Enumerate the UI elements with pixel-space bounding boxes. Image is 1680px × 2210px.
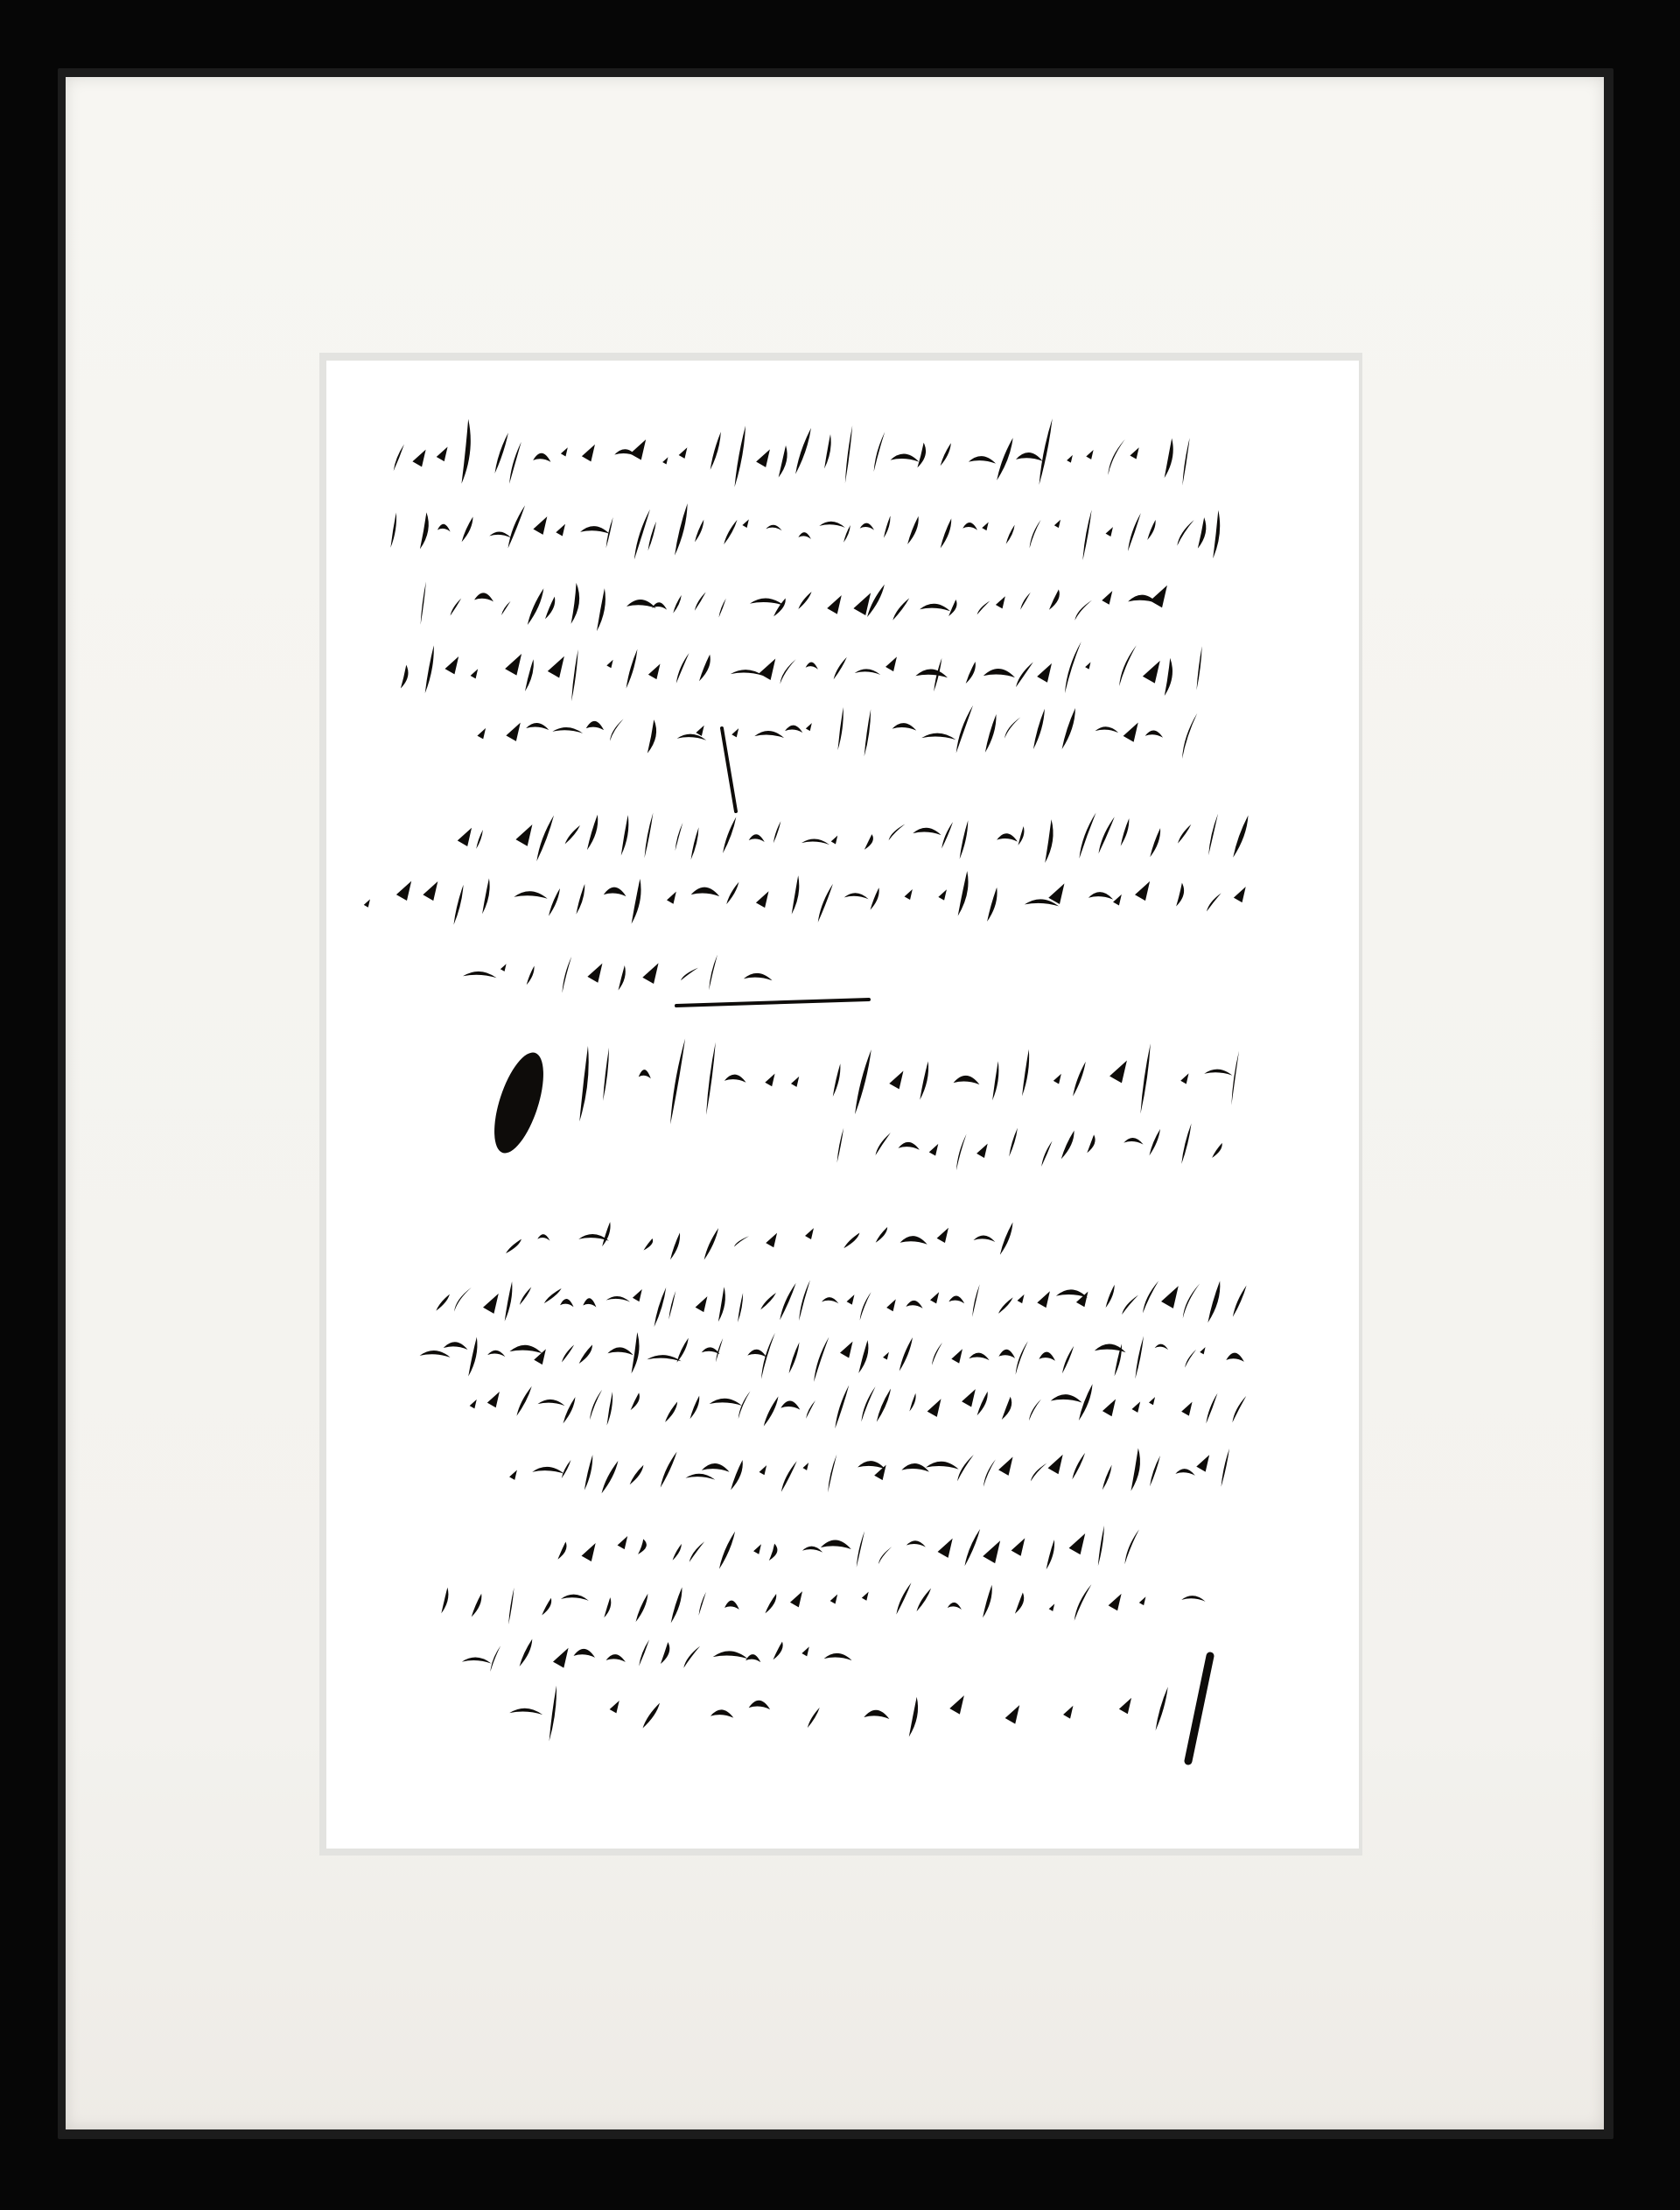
ink-mark	[1106, 527, 1113, 537]
ink-mark	[853, 593, 871, 615]
ink-mark	[1135, 1336, 1144, 1379]
ink-mark	[1232, 1396, 1246, 1422]
ink-mark	[1212, 1143, 1222, 1158]
ink-mark	[1039, 418, 1053, 485]
ink-mark	[941, 518, 952, 548]
ink-mark	[822, 1297, 838, 1303]
ink-mark	[977, 600, 990, 614]
ink-mark	[1029, 1400, 1041, 1421]
ink-mark	[864, 709, 871, 756]
ink-mark	[956, 705, 973, 753]
ink-mark	[1234, 887, 1246, 902]
ink-mark	[639, 1639, 649, 1666]
ink-mark	[1176, 883, 1184, 907]
ink-mark	[1121, 818, 1130, 846]
ink-mark	[696, 726, 703, 736]
ink-mark	[583, 1298, 596, 1307]
ink-mark	[948, 1295, 964, 1303]
ink-mark	[855, 669, 881, 675]
ink-mark	[920, 1062, 928, 1100]
ink-mark	[828, 1455, 836, 1493]
ink-mark	[1098, 817, 1114, 853]
ink-mark	[861, 1386, 875, 1421]
ink-mark	[562, 957, 571, 993]
ink-mark	[844, 893, 869, 899]
ink-mark	[1143, 661, 1160, 684]
picture-frame	[0, 0, 1680, 2210]
ink-mark	[537, 1234, 549, 1241]
ink-mark	[1181, 1596, 1205, 1602]
ink-mark	[458, 828, 472, 846]
ink-mark	[742, 519, 748, 528]
ink-mark	[951, 1349, 962, 1363]
ink-mark	[824, 1653, 852, 1660]
ink-mark	[941, 822, 953, 848]
ink-mark	[1204, 1070, 1232, 1076]
ink-mark	[1098, 1526, 1104, 1566]
ink-mark	[528, 588, 544, 625]
ink-mark	[648, 522, 656, 551]
ink-mark	[590, 1390, 602, 1421]
ink-mark	[670, 1039, 685, 1125]
ink-mark	[930, 1292, 939, 1303]
ink-mark	[451, 599, 462, 616]
ink-mark	[483, 1294, 499, 1314]
ink-mark	[997, 833, 1018, 841]
ink-mark	[1221, 1449, 1229, 1487]
ink-mark	[917, 1589, 932, 1611]
ink-mark	[681, 968, 698, 981]
ink-mark	[917, 443, 926, 468]
ink-mark	[818, 884, 833, 923]
ink-mark	[421, 581, 426, 624]
ink-mark	[1182, 713, 1197, 759]
ink-mark	[587, 964, 602, 983]
ink-mark	[789, 1343, 800, 1374]
ink-mark	[639, 1070, 651, 1078]
ink-mark	[1079, 812, 1095, 858]
ink-mark	[671, 1587, 682, 1623]
ink-mark	[1006, 525, 1015, 544]
ink-mark	[462, 516, 473, 542]
ink-mark	[471, 669, 479, 678]
ink-mark	[997, 438, 1012, 481]
ink-mark	[1180, 1073, 1188, 1084]
ink-mark	[454, 1287, 472, 1312]
ink-mark	[436, 1294, 450, 1311]
ink-mark	[396, 881, 411, 901]
ink-mark	[632, 1332, 640, 1373]
artwork-paper	[326, 361, 1359, 1849]
ink-mark	[938, 1539, 953, 1558]
ink-mark	[604, 1597, 611, 1617]
ink-mark	[702, 1463, 730, 1472]
ink-mark	[905, 889, 913, 900]
ink-mark	[364, 899, 370, 907]
ink-mark	[962, 1389, 976, 1407]
ink-mark	[1079, 1384, 1093, 1421]
ink-mark	[626, 649, 638, 689]
ink-mark	[886, 1299, 896, 1311]
ink-mark	[996, 596, 1005, 608]
ink-mark	[494, 432, 507, 474]
ink-mark	[1196, 1455, 1209, 1471]
ink-mark	[1037, 1291, 1050, 1308]
ink-mark	[753, 1544, 761, 1554]
ink-mark	[1123, 722, 1138, 741]
ink-mark	[1155, 1344, 1169, 1351]
ink-mark	[799, 1280, 810, 1321]
ink-mark	[972, 1284, 980, 1317]
ink-mark	[1039, 1352, 1054, 1361]
ink-mark	[1048, 1455, 1063, 1474]
ink-mark	[463, 972, 497, 978]
ink-mark	[889, 824, 906, 841]
ink-mark	[1004, 717, 1020, 738]
ink-mark	[1062, 708, 1075, 749]
ink-mark	[661, 1452, 677, 1488]
ink-mark	[1161, 1286, 1179, 1308]
ink-mark	[1139, 1596, 1146, 1605]
ink-mark	[1082, 509, 1091, 560]
ink-mark	[843, 1232, 859, 1248]
ink-mark	[515, 824, 532, 846]
ink-mark	[1102, 1465, 1112, 1491]
ink-mark	[798, 532, 811, 539]
ink-mark	[749, 1701, 770, 1709]
ink-mark	[745, 1654, 760, 1662]
ink-mark	[487, 1392, 500, 1407]
ink-mark	[780, 1283, 795, 1320]
ink-mark	[821, 1540, 851, 1549]
ink-mark	[644, 813, 653, 859]
ink-mark	[489, 532, 511, 538]
ink-mark	[1108, 439, 1124, 475]
ink-mark	[1016, 453, 1043, 461]
ink-mark	[390, 512, 396, 547]
ink-mark	[1022, 1049, 1029, 1096]
ink-mark	[889, 1070, 903, 1089]
ink-mark	[633, 1289, 642, 1301]
ink-mark	[860, 523, 874, 530]
ink-mark	[420, 512, 429, 549]
ink-mark	[571, 583, 580, 624]
ink-mark	[1206, 1393, 1217, 1424]
ink-mark	[425, 645, 434, 693]
ink-mark	[582, 1543, 596, 1561]
ink-mark	[710, 1399, 742, 1406]
ink-mark	[985, 714, 997, 753]
ink-mark	[906, 1301, 922, 1308]
ink-mark	[509, 442, 521, 484]
ink-mark	[857, 1531, 864, 1568]
ink-mark	[1181, 1402, 1192, 1416]
ink-mark	[1087, 1134, 1095, 1153]
ink-mark	[1231, 1051, 1239, 1105]
ink-mark	[1106, 1285, 1115, 1308]
ink-mark	[833, 1063, 841, 1097]
ink-mark	[792, 875, 800, 914]
ink-mark	[765, 1074, 774, 1087]
ink-mark	[769, 1544, 778, 1561]
ink-feature-bigstroke	[1188, 1656, 1210, 1761]
ink-mark	[747, 1350, 766, 1358]
ink-mark	[1065, 642, 1081, 693]
ink-mark	[561, 447, 568, 456]
ink-mark	[899, 1337, 913, 1372]
ink-mark	[548, 656, 564, 678]
ink-mark	[1102, 1399, 1116, 1416]
ink-mark	[877, 1389, 891, 1422]
ink-mark	[1119, 1698, 1131, 1714]
ink-mark	[1069, 1533, 1086, 1554]
ink-mark	[962, 523, 977, 530]
ink-mark	[781, 1461, 797, 1491]
ink-mark	[885, 656, 897, 671]
ink-mark	[401, 665, 409, 689]
ink-mark	[819, 522, 844, 528]
ink-mark	[834, 657, 847, 679]
ink-mark	[520, 1639, 533, 1666]
ink-mark	[487, 1351, 505, 1357]
ink-mark	[864, 834, 873, 850]
ink-mark	[676, 653, 689, 684]
ink-mark	[643, 1703, 661, 1729]
calligraphy-marks	[326, 361, 1359, 1849]
ink-mark	[956, 1134, 967, 1171]
ink-mark	[966, 662, 976, 684]
ink-mark	[982, 522, 988, 530]
ink-mark	[731, 670, 764, 676]
ink-mark	[726, 882, 738, 904]
ink-mark	[603, 1048, 609, 1101]
ink-mark	[634, 509, 650, 559]
ink-mark	[698, 1592, 705, 1616]
ink-mark	[827, 595, 842, 614]
ink-mark	[1150, 828, 1160, 857]
ink-mark	[1016, 1341, 1028, 1374]
ink-mark	[1086, 450, 1093, 460]
ink-mark	[719, 1532, 735, 1569]
ink-mark	[731, 1460, 743, 1490]
ink-mark	[1233, 1286, 1247, 1317]
ink-mark	[1147, 520, 1155, 540]
ink-mark	[754, 731, 784, 738]
ink-mark	[506, 1239, 521, 1253]
ink-mark	[1207, 893, 1221, 911]
ink-mark	[1018, 826, 1024, 845]
ink-mark	[998, 1297, 1013, 1314]
ink-mark	[798, 592, 811, 609]
ink-mark	[1124, 1529, 1138, 1564]
ink-mark	[723, 817, 736, 852]
ink-mark	[1123, 1138, 1143, 1145]
ink-mark	[1009, 1128, 1018, 1157]
ink-mark	[806, 723, 812, 731]
ink-mark	[665, 1402, 677, 1422]
ink-mark	[437, 446, 448, 461]
ink-mark	[1150, 586, 1167, 607]
ink-mark	[998, 1457, 1012, 1476]
ink-mark	[1198, 517, 1207, 549]
ink-mark	[718, 1287, 725, 1322]
ink-mark	[801, 838, 829, 845]
ink-mark	[1031, 1463, 1046, 1482]
ink-mark	[756, 449, 770, 467]
ink-mark	[501, 601, 511, 615]
ink-mark	[1067, 455, 1073, 463]
ink-mark	[1049, 1603, 1055, 1611]
ink-mark	[898, 1142, 919, 1150]
ink-mark	[699, 655, 710, 681]
ink-mark	[948, 1603, 962, 1610]
ink-mark	[734, 1236, 749, 1246]
ink-mark	[795, 428, 811, 474]
ink-mark	[704, 1228, 718, 1259]
ink-mark	[1000, 1223, 1013, 1255]
ink-mark	[1016, 662, 1033, 687]
ink-mark	[673, 595, 682, 614]
ink-mark	[884, 516, 891, 537]
ink-mark	[647, 719, 656, 754]
ink-mark	[1165, 438, 1173, 478]
ink-mark	[602, 1461, 619, 1493]
ink-mark	[901, 1463, 929, 1472]
ink-mark	[444, 656, 458, 674]
ink-mark	[1149, 1129, 1160, 1155]
ink-mark	[1030, 520, 1041, 548]
ink-mark	[470, 1400, 477, 1409]
ink-mark	[806, 1400, 815, 1419]
ink-mark	[909, 1393, 915, 1412]
ink-mark	[632, 879, 641, 924]
ink-mark	[580, 526, 609, 534]
ink-mark	[423, 881, 437, 901]
ink-mark	[1074, 600, 1092, 621]
ink-mark	[896, 1582, 911, 1614]
ink-mark	[606, 1392, 612, 1426]
ink-mark	[759, 1465, 767, 1475]
ink-mark	[1072, 1453, 1085, 1480]
ink-mark	[1095, 726, 1119, 733]
ink-mark	[607, 1347, 633, 1355]
ink-mark	[790, 1591, 802, 1607]
ink-mark	[1002, 1397, 1011, 1420]
ink-mark	[773, 821, 780, 843]
ink-mark	[1149, 1397, 1155, 1405]
ink-mark	[606, 1296, 630, 1302]
ink-mark	[1150, 1456, 1160, 1486]
ink-mark	[606, 1654, 626, 1662]
ink-mark	[509, 1345, 542, 1353]
ink-mark	[1140, 1043, 1150, 1113]
ink-mark	[744, 973, 773, 980]
ink-mark	[618, 1536, 628, 1549]
ink-mark	[948, 600, 956, 616]
ink-mark	[960, 820, 969, 859]
ink-mark	[892, 723, 917, 731]
ink-mark	[695, 520, 703, 543]
ink-mark	[509, 1470, 517, 1479]
ink-mark	[992, 1061, 998, 1100]
ink-mark	[1143, 1281, 1158, 1314]
ink-mark	[779, 446, 787, 478]
ink-mark	[477, 728, 486, 740]
ink-mark	[1131, 1449, 1140, 1491]
ink-mark	[631, 1393, 640, 1410]
ink-mark	[500, 964, 507, 972]
ink-mark	[760, 1293, 776, 1309]
ink-mark	[536, 815, 554, 861]
ink-mark	[582, 445, 595, 462]
ink-mark	[571, 649, 578, 701]
ink-mark	[716, 1338, 723, 1363]
ink-mark	[1109, 1061, 1127, 1084]
ink-mark	[549, 888, 560, 916]
ink-mark	[1085, 662, 1090, 669]
ink-mark	[837, 707, 843, 750]
ink-mark	[532, 1467, 563, 1474]
ink-mark	[695, 592, 706, 610]
ink-mark	[662, 457, 668, 464]
ink-mark	[602, 1222, 610, 1246]
ink-mark	[647, 1355, 681, 1361]
ink-mark	[1033, 709, 1045, 749]
ink-mark	[661, 1642, 669, 1664]
ink-mark	[874, 431, 885, 472]
ink-mark	[871, 888, 879, 909]
ink-feature-vline	[722, 728, 736, 811]
ink-mark	[584, 1455, 592, 1491]
ink-mark	[562, 1344, 574, 1362]
ink-mark	[710, 1709, 733, 1717]
ink-mark	[619, 965, 626, 990]
ink-mark	[626, 600, 656, 608]
ink-mark	[668, 1291, 675, 1320]
ink-mark	[508, 505, 526, 548]
ink-mark	[538, 1400, 565, 1406]
ink-mark	[900, 1236, 927, 1245]
ink-mark	[560, 1299, 573, 1307]
ink-mark	[508, 1588, 514, 1624]
ink-mark	[761, 1333, 775, 1379]
ink-mark	[604, 888, 626, 896]
ink-mark	[679, 447, 688, 459]
ink-mark	[490, 1645, 500, 1672]
ink-mark	[630, 1465, 644, 1484]
ink-mark	[709, 955, 717, 991]
ink-mark	[683, 1646, 700, 1668]
ink-mark	[638, 1539, 647, 1554]
ink-mark	[876, 1227, 887, 1243]
ink-mark	[913, 828, 941, 835]
ink-mark	[814, 1337, 829, 1382]
ink-mark	[552, 727, 583, 733]
ink-mark	[1046, 1540, 1054, 1569]
ink-mark	[780, 1401, 800, 1410]
ink-mark	[1054, 520, 1060, 528]
ink-mark	[652, 602, 667, 609]
ink-mark	[847, 1294, 855, 1305]
ink-mark	[1177, 520, 1193, 545]
ink-mark	[533, 453, 550, 462]
ink-mark	[958, 871, 969, 916]
ink-mark	[1049, 589, 1060, 609]
ink-mark	[673, 1544, 682, 1561]
ink-mark	[553, 1648, 569, 1668]
ink-mark	[835, 1386, 849, 1428]
ink-mark	[766, 1233, 777, 1248]
